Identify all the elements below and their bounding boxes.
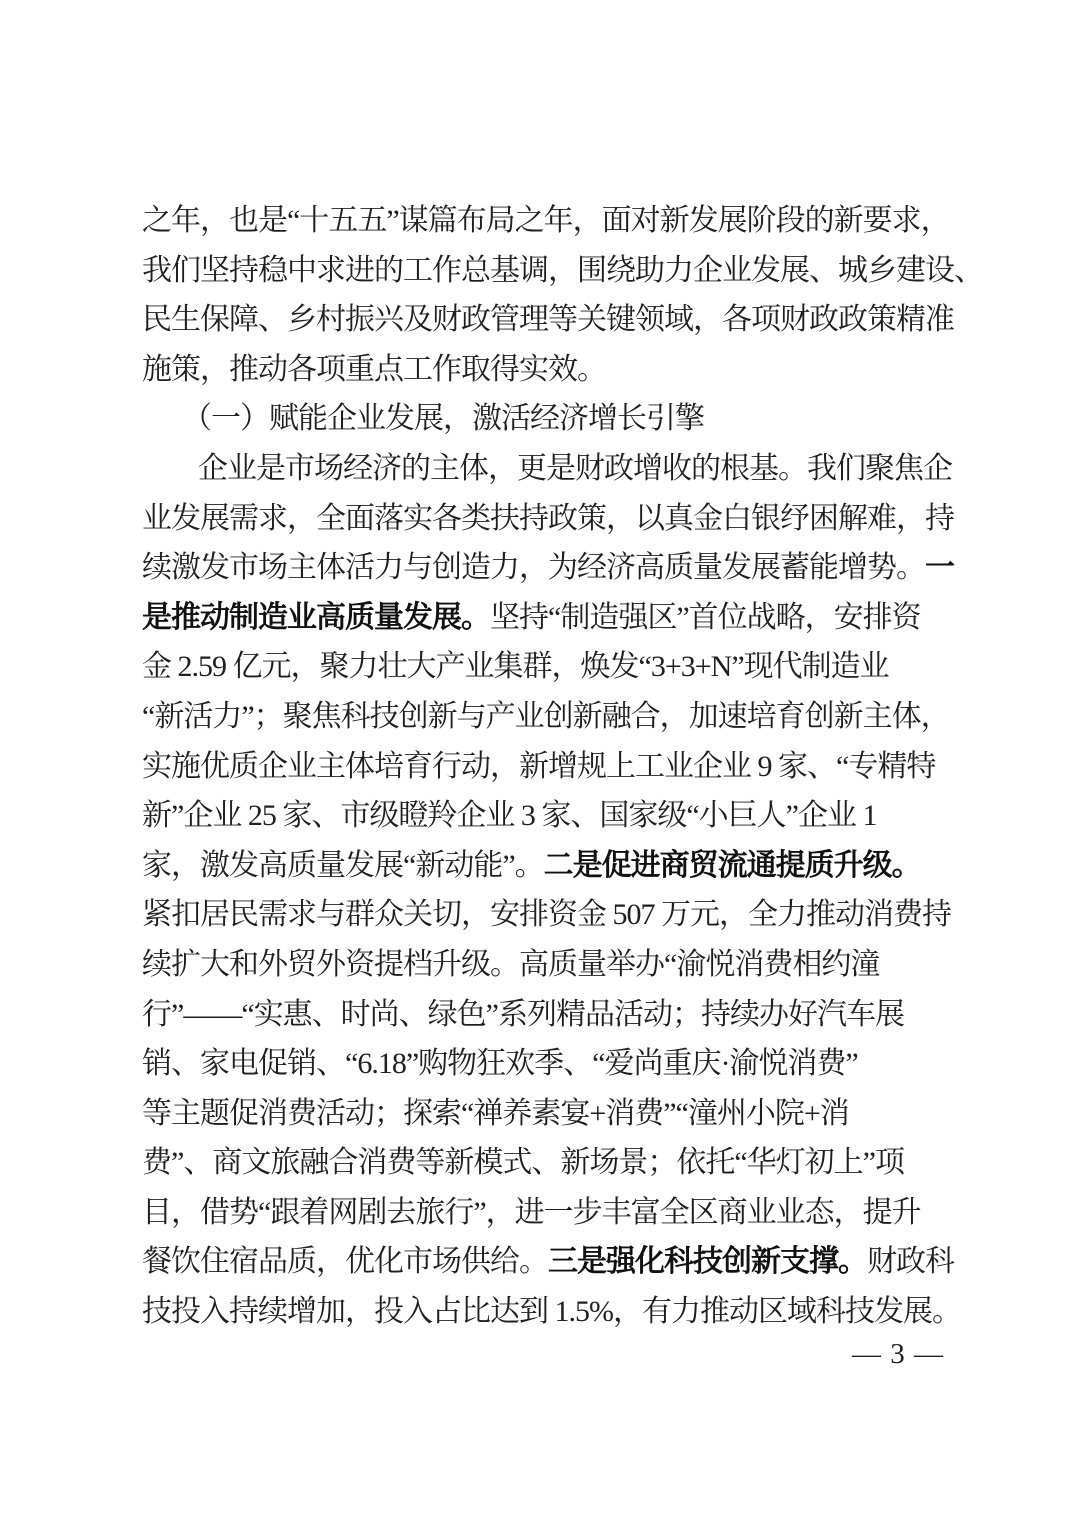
body-text: 销、家电促销、“6.18”购物狂欢季、“爱尚重庆·渝悦消费” <box>142 1047 858 1080</box>
body-text: 财政科 <box>867 1245 954 1278</box>
body-text: 我们坚持稳中求进的工作总基调，围绕助力企业发展、城乡建设、 <box>142 254 983 287</box>
text-line: 是推动制造业高质量发展。坚持“制造强区”首位战略，安排资 <box>142 593 952 643</box>
document-body: 之年，也是“十五五”谋篇布局之年，面对新发展阶段的新要求，我们坚持稳中求进的工作… <box>142 196 952 1337</box>
text-line: “新活力”；聚焦科技创新与产业创新融合，加速培育创新主体， <box>142 692 952 742</box>
body-text: 续扩大和外贸外资提档升级。高质量举办“渝悦消费相约潼 <box>142 948 879 981</box>
body-text: 等主题促消费活动；探索“禅养素宴+消费”“潼州小院+消 <box>142 1097 849 1130</box>
document-page: 之年，也是“十五五”谋篇布局之年，面对新发展阶段的新要求，我们坚持稳中求进的工作… <box>0 0 1074 1520</box>
body-text: 坚持“制造强区”首位战略，安排资 <box>490 601 921 634</box>
body-text: “新活力”；聚焦科技创新与产业创新融合，加速培育创新主体， <box>142 700 950 733</box>
text-line: 之年，也是“十五五”谋篇布局之年，面对新发展阶段的新要求， <box>142 196 952 246</box>
body-text: 技投入持续增加，投入占比达到 1.5%，有力推动区域科技发展。 <box>142 1295 961 1328</box>
text-line: 金 2.59 亿元，聚力壮大产业集群，焕发“3+3+N”现代制造业 <box>142 642 952 692</box>
body-text: 家，激发高质量发展“新动能”。 <box>142 849 544 882</box>
emphasis-text: 三是强化科技创新支撑。 <box>548 1245 867 1278</box>
text-line: 新”企业 25 家、市级瞪羚企业 3 家、国家级“小巨人”企业 1 <box>142 791 952 841</box>
text-line: 紧扣居民需求与群众关切，安排资金 507 万元，全力推动消费持 <box>142 890 952 940</box>
body-text: 紧扣居民需求与群众关切，安排资金 507 万元，全力推动消费持 <box>142 898 951 931</box>
text-line: 施策，推动各项重点工作取得实效。 <box>142 345 952 395</box>
body-text: 之年，也是“十五五”谋篇布局之年，面对新发展阶段的新要求， <box>142 204 950 237</box>
text-line: 等主题促消费活动；探索“禅养素宴+消费”“潼州小院+消 <box>142 1089 952 1139</box>
section-heading: （一）赋能企业发展，激活经济增长引擎 <box>142 394 952 444</box>
text-line: 餐饮住宿品质，优化市场供给。三是强化科技创新支撑。财政科 <box>142 1237 952 1287</box>
body-text: 业发展需求，全面落实各类扶持政策，以真金白银纾困解难，持 <box>142 502 954 535</box>
text-line: 企业是市场经济的主体，更是财政增收的根基。我们聚焦企 <box>142 444 952 494</box>
text-line: 目，借势“跟着网剧去旅行”，进一步丰富全区商业业态，提升 <box>142 1188 952 1238</box>
body-text: 费”、商文旅融合消费等新模式、新场景；依托“华灯初上”项 <box>142 1146 904 1179</box>
body-text: 施策，推动各项重点工作取得实效。 <box>142 353 606 386</box>
body-text: 金 2.59 亿元，聚力壮大产业集群，焕发“3+3+N”现代制造业 <box>142 650 889 683</box>
body-text: 实施优质企业主体培育行动，新增规上工业企业 9 家、“专精特 <box>142 750 935 783</box>
body-text: 餐饮住宿品质，优化市场供给。 <box>142 1245 548 1278</box>
body-text: 目，借势“跟着网剧去旅行”，进一步丰富全区商业业态，提升 <box>142 1196 921 1229</box>
body-text: 企业是市场经济的主体，更是财政增收的根基。我们聚焦企 <box>198 452 952 485</box>
emphasis-text: 一 <box>925 551 954 584</box>
text-line: 实施优质企业主体培育行动，新增规上工业企业 9 家、“专精特 <box>142 742 952 792</box>
text-line: 续扩大和外贸外资提档升级。高质量举办“渝悦消费相约潼 <box>142 940 952 990</box>
text-line: 销、家电促销、“6.18”购物狂欢季、“爱尚重庆·渝悦消费” <box>142 1039 952 1089</box>
emphasis-text: 二是促进商贸流通提质升级。 <box>544 849 921 882</box>
body-text: 续激发市场主体活力与创造力，为经济高质量发展蓄能增势。 <box>142 551 925 584</box>
body-text: （一）赋能企业发展，激活经济增长引擎 <box>182 402 704 435</box>
page-number: — 3 — <box>852 1334 944 1374</box>
text-line: 行”——“实惠、时尚、绿色”系列精品活动；持续办好汽车展 <box>142 990 952 1040</box>
text-line: 费”、商文旅融合消费等新模式、新场景；依托“华灯初上”项 <box>142 1138 952 1188</box>
body-text: 新”企业 25 家、市级瞪羚企业 3 家、国家级“小巨人”企业 1 <box>142 799 876 832</box>
text-line: 民生保障、乡村振兴及财政管理等关键领域，各项财政政策精准 <box>142 295 952 345</box>
body-text: 民生保障、乡村振兴及财政管理等关键领域，各项财政政策精准 <box>142 303 954 336</box>
text-line: 续激发市场主体活力与创造力，为经济高质量发展蓄能增势。一 <box>142 543 952 593</box>
text-line: 业发展需求，全面落实各类扶持政策，以真金白银纾困解难，持 <box>142 494 952 544</box>
text-line: 技投入持续增加，投入占比达到 1.5%，有力推动区域科技发展。 <box>142 1287 952 1337</box>
text-line: 我们坚持稳中求进的工作总基调，围绕助力企业发展、城乡建设、 <box>142 246 952 296</box>
text-line: 家，激发高质量发展“新动能”。二是促进商贸流通提质升级。 <box>142 841 952 891</box>
emphasis-text: 是推动制造业高质量发展。 <box>142 601 490 634</box>
body-text: 行”——“实惠、时尚、绿色”系列精品活动；持续办好汽车展 <box>142 998 904 1031</box>
